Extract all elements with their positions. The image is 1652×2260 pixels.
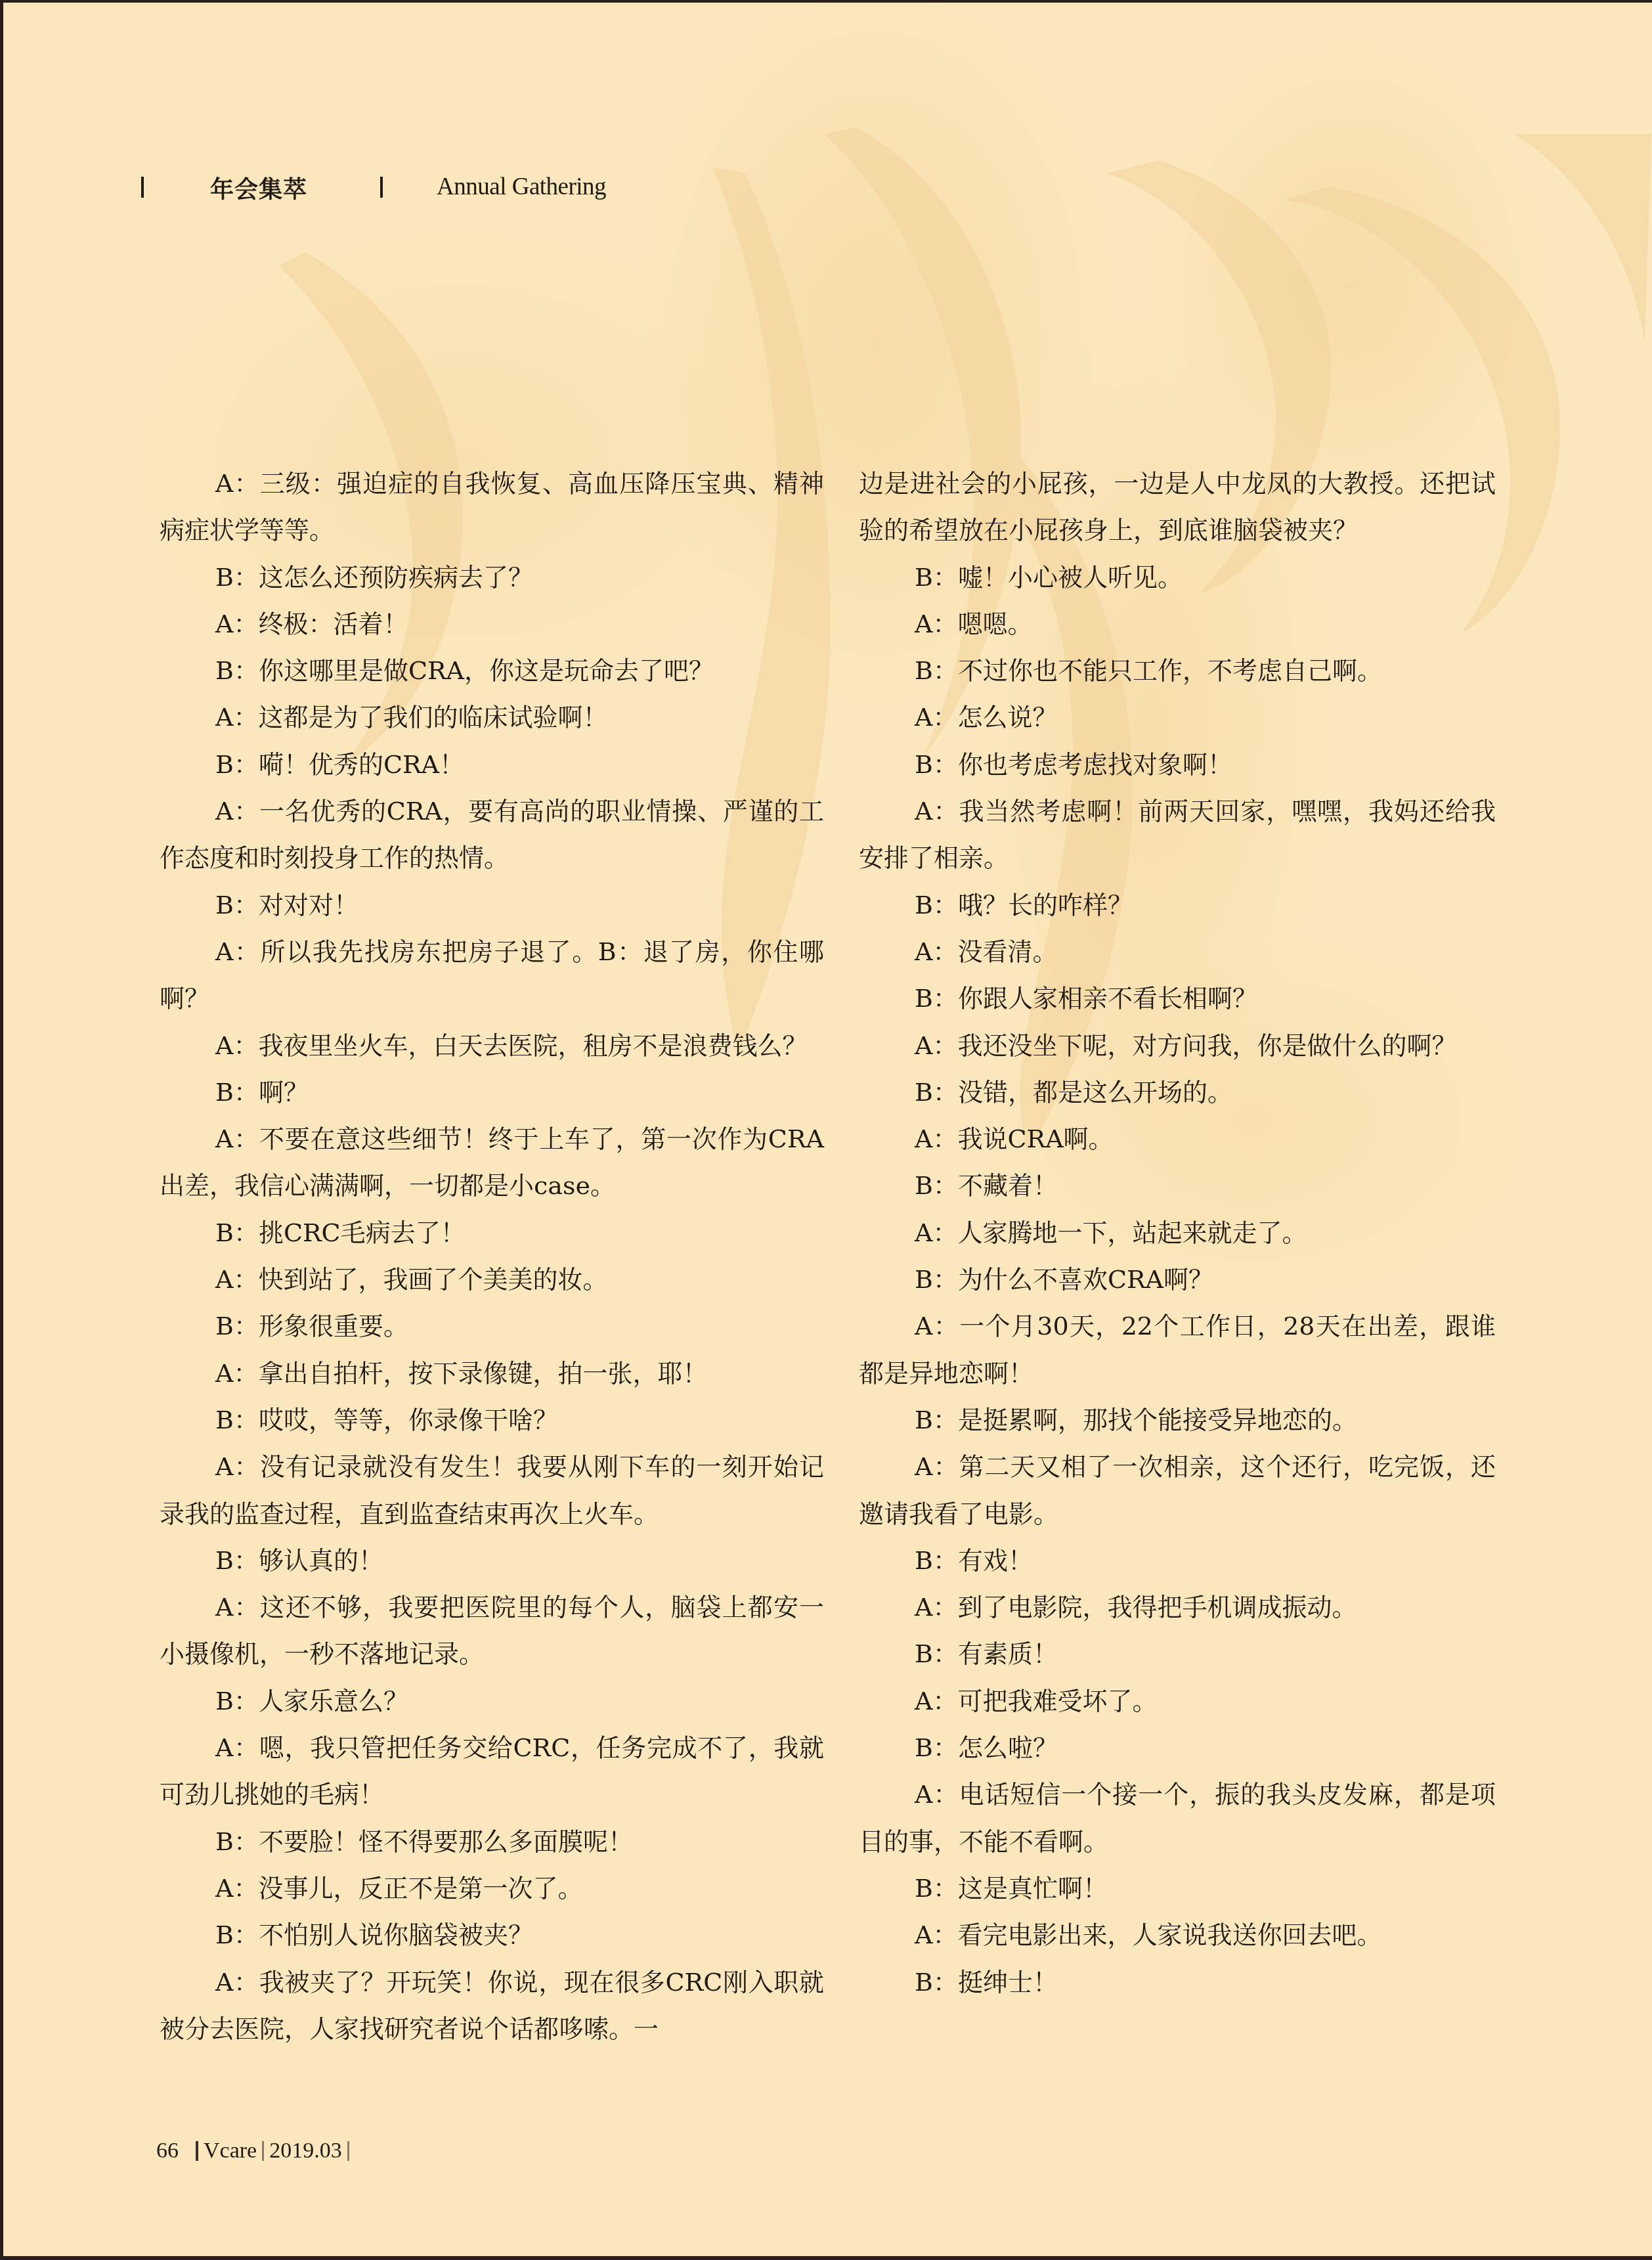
dialogue-paragraph: B：对对对！ (160, 882, 824, 929)
dialogue-paragraph: A：到了电影院，我得把手机调成振动。 (859, 1584, 1496, 1631)
issue-date: 2019.03 (269, 2138, 342, 2163)
page-number: 66 (156, 2138, 179, 2163)
dialogue-paragraph: A：一名优秀的CRA，要有高尚的职业情操、严谨的工作态度和时刻投身工作的热情。 (160, 788, 824, 882)
dialogue-paragraph: A：所以我先找房东把房子退了。B：退了房，你住哪啊？ (160, 929, 824, 1023)
footer-divider-bar (196, 2141, 198, 2161)
dialogue-paragraph: A：第二天又相了一次相亲，这个还行，吃完饭，还邀请我看了电影。 (859, 1444, 1496, 1538)
dialogue-paragraph: A：嗯，我只管把任务交给CRC，任务完成不了，我就可劲儿挑她的毛病！ (160, 1725, 824, 1819)
dialogue-paragraph: B：不怕别人说你脑袋被夹？ (160, 1912, 824, 1959)
dialogue-paragraph: B：形象很重要。 (160, 1303, 824, 1350)
header-divider-bar (141, 177, 144, 198)
dialogue-paragraph: A：我被夹了？开玩笑！你说，现在很多CRC刚入职就被分去医院，人家找研究者说个话… (160, 1959, 824, 2053)
dialogue-paragraph: B：有素质！ (859, 1631, 1496, 1677)
dialogue-paragraph: B：哎哎，等等，你录像干啥？ (160, 1397, 824, 1444)
dialogue-paragraph: B：啊？ (160, 1069, 824, 1116)
dialogue-paragraph: B：你跟人家相亲不看长相啊？ (859, 975, 1496, 1022)
dialogue-paragraph: A：终极：活着！ (160, 601, 824, 648)
dialogue-paragraph: A：人家腾地一下，站起来就走了。 (859, 1210, 1496, 1256)
dialogue-paragraph: B：有戏！ (859, 1538, 1496, 1584)
magazine-name: Vcare (204, 2138, 257, 2163)
footer-divider-bar (262, 2141, 264, 2161)
dialogue-paragraph: B：人家乐意么？ (160, 1678, 824, 1725)
dialogue-paragraph: B：怎么啦？ (859, 1725, 1496, 1771)
dialogue-paragraph: A：我夜里坐火车，白天去医院，租房不是浪费钱么？ (160, 1023, 824, 1069)
dialogue-paragraph: B：不要脸！怪不得要那么多面膜呢！ (160, 1819, 824, 1865)
dialogue-paragraph: B：不过你也不能只工作，不考虑自己啊。 (859, 648, 1496, 694)
dialogue-paragraph: A：看完电影出来，人家说我送你回去吧。 (859, 1912, 1496, 1959)
footer-divider-bar (347, 2141, 349, 2161)
section-title-chinese: 年会集萃 (210, 171, 307, 205)
dialogue-paragraph: B：为什么不喜欢CRA啊？ (859, 1256, 1496, 1303)
dialogue-paragraph: 边是进社会的小屁孩，一边是人中龙凤的大教授。还把试验的希望放在小屁孩身上，到底谁… (859, 460, 1496, 554)
dialogue-paragraph: A：这都是为了我们的临床试验啊！ (160, 694, 824, 741)
dialogue-paragraph: B：挺绅士！ (859, 1959, 1496, 2006)
dialogue-paragraph: B：没错，都是这么开场的。 (859, 1069, 1496, 1116)
dialogue-paragraph: A：没有记录就没有发生！我要从刚下车的一刻开始记录我的监查过程，直到监查结束再次… (160, 1444, 824, 1538)
dialogue-paragraph: A：一个月30天，22个工作日，28天在出差，跟谁都是异地恋啊！ (859, 1303, 1496, 1397)
magazine-page: 年会集萃 Annual Gathering A：三级：强迫症的自我恢复、高血压降… (0, 0, 1652, 2260)
dialogue-paragraph: A：我还没坐下呢，对方问我，你是做什么的啊？ (859, 1023, 1496, 1069)
dialogue-paragraph: A：没看清。 (859, 929, 1496, 975)
dialogue-paragraph: A：电话短信一个接一个，振的我头皮发麻，都是项目的事，不能不看啊。 (859, 1771, 1496, 1865)
dialogue-paragraph: B：这怎么还预防疾病去了？ (160, 554, 824, 601)
left-text-column: A：三级：强迫症的自我恢复、高血压降压宝典、精神病症状学等等。B：这怎么还预防疾… (160, 460, 824, 2052)
dialogue-paragraph: A：怎么说？ (859, 694, 1496, 741)
dialogue-paragraph: A：不要在意这些细节！终于上车了，第一次作为CRA出差，我信心满满啊，一切都是小… (160, 1116, 824, 1210)
dialogue-paragraph: A：拿出自拍杆，按下录像键，拍一张，耶！ (160, 1350, 824, 1397)
dialogue-paragraph: A：快到站了，我画了个美美的妆。 (160, 1256, 824, 1303)
section-title-english: Annual Gathering (437, 173, 606, 201)
dialogue-paragraph: A：我说CRA啊。 (859, 1116, 1496, 1163)
dialogue-paragraph: B：哦？长的咋样？ (859, 882, 1496, 929)
dialogue-paragraph: B：不藏着！ (859, 1163, 1496, 1209)
dialogue-paragraph: B：嘘！小心被人听见。 (859, 554, 1496, 601)
dialogue-paragraph: B：你这哪里是做CRA，你这是玩命去了吧？ (160, 648, 824, 694)
dialogue-paragraph: A：嗯嗯。 (859, 601, 1496, 648)
page-footer: 66 Vcare 2019.03 (156, 2138, 355, 2163)
right-text-column: 边是进社会的小屁孩，一边是人中龙凤的大教授。还把试验的希望放在小屁孩身上，到底谁… (859, 460, 1496, 2006)
dialogue-paragraph: A：三级：强迫症的自我恢复、高血压降压宝典、精神病症状学等等。 (160, 460, 824, 554)
header-divider-bar (380, 177, 383, 198)
dialogue-paragraph: A：我当然考虑啊！前两天回家，嘿嘿，我妈还给我安排了相亲。 (859, 788, 1496, 882)
dialogue-paragraph: B：你也考虑考虑找对象啊！ (859, 742, 1496, 788)
dialogue-paragraph: A：这还不够，我要把医院里的每个人，脑袋上都安一小摄像机，一秒不落地记录。 (160, 1584, 824, 1678)
dialogue-paragraph: B：够认真的！ (160, 1538, 824, 1584)
dialogue-paragraph: B：挑CRC毛病去了！ (160, 1210, 824, 1256)
dialogue-paragraph: A：没事儿，反正不是第一次了。 (160, 1865, 824, 1912)
page-header: 年会集萃 Annual Gathering (3, 170, 1652, 210)
dialogue-paragraph: A：可把我难受坏了。 (859, 1678, 1496, 1725)
dialogue-paragraph: B：是挺累啊，那找个能接受异地恋的。 (859, 1397, 1496, 1444)
dialogue-paragraph: B：这是真忙啊！ (859, 1865, 1496, 1912)
dialogue-paragraph: B：嗬！优秀的CRA！ (160, 742, 824, 788)
